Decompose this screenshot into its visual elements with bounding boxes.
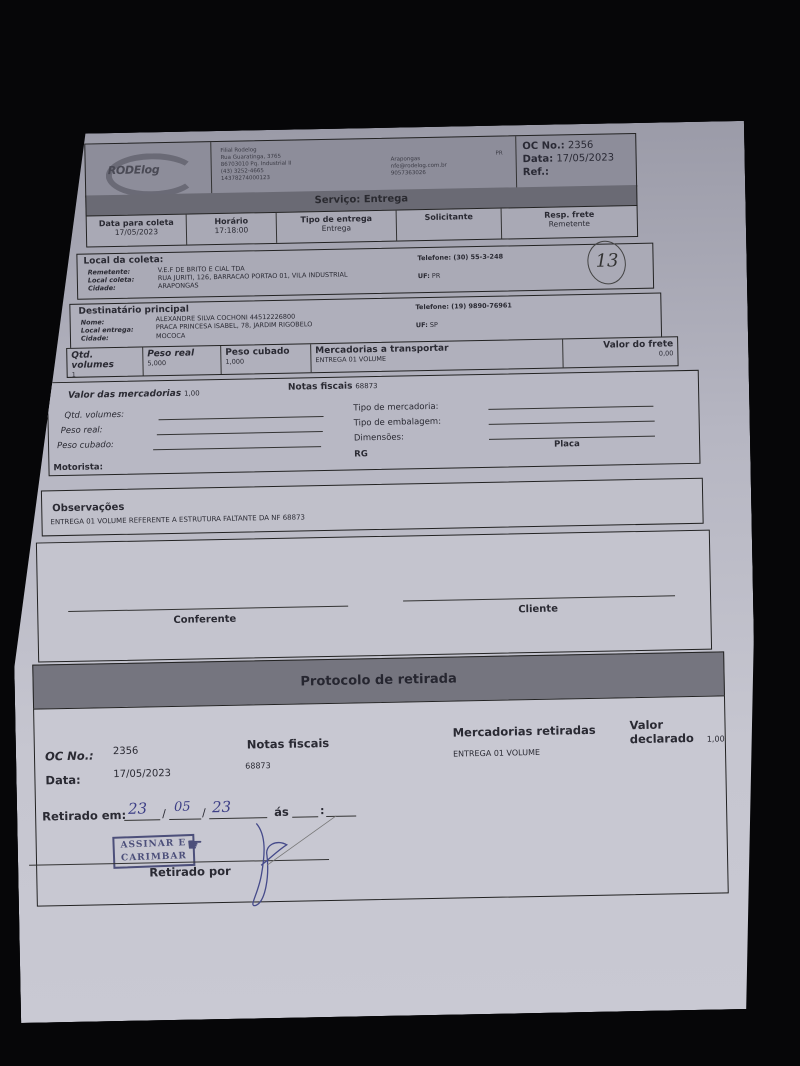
withdrawn-year-handwritten: 23: [212, 798, 231, 816]
pickup-uf-value: PR: [432, 272, 441, 280]
header-uf: PR: [495, 151, 502, 157]
company-logo: RODElog: [85, 142, 212, 196]
notes-section: Observações ENTREGA 01 VOLUME REFERENTE …: [41, 478, 704, 537]
service-cell-value: 17/05/2023: [87, 227, 186, 238]
pickup-city-label: Cidade:: [88, 284, 116, 293]
cargo-cell: Peso cubado 1,000: [221, 344, 312, 374]
withdrawn-goods-value: ENTREGA 01 VOLUME: [453, 748, 540, 759]
real-weight-label: Peso real:: [61, 425, 103, 436]
driver-label: Motorista:: [53, 462, 103, 473]
plate-label: Placa: [554, 439, 580, 449]
protocol-invoices-label: Notas fiscais: [247, 736, 330, 752]
goods-value-label: Valor das mercadorias: [68, 389, 181, 401]
service-cell: Horário 17:18:00: [187, 213, 278, 245]
invoices-value: 68873: [355, 382, 377, 390]
delivery-address-value: PRACA PRINCESA ISABEL, 78, JARDIM RIGOBE…: [156, 320, 313, 331]
shipping-document: RODElog Filial Rodelog Rua Guaratinga, 3…: [4, 121, 761, 1023]
company-address: Filial Rodelog Rua Guaratinga, 3765 8670…: [220, 147, 292, 183]
cargo-cell-value: 5,000: [147, 358, 216, 367]
service-cell-label: Solicitante: [397, 212, 501, 223]
cargo-cell-value: 0,00: [567, 349, 673, 359]
oc-label: OC No.:: [522, 140, 565, 152]
logo-text: RODElog: [108, 163, 160, 177]
notes-title: Observações: [52, 502, 124, 514]
pointing-hand-icon: ☛: [187, 834, 204, 855]
cargo-cell-value: 1,000: [225, 356, 306, 366]
signature-section: Conferente Cliente: [36, 530, 712, 663]
withdrawn-by-label: Retirado por: [149, 864, 231, 880]
recipient-phone-label: Telefone:: [415, 303, 449, 312]
protocol-invoices-value: 68873: [245, 761, 271, 770]
service-cell: Resp. frete Remetente: [502, 206, 638, 239]
pickup-protocol-section: OC No.: 2356 Data: 17/05/2023 Notas fisc…: [33, 695, 729, 906]
pickup-uf-label: UF:: [418, 272, 430, 280]
service-cell: Data para coleta 17/05/2023: [87, 215, 188, 247]
pickup-phone-value: (30) 55-3-248: [453, 253, 503, 262]
withdrawn-goods-label: Mercadorias retiradas: [452, 723, 595, 740]
recipient-uf-value: SP: [430, 321, 438, 329]
declared-value: 1,00: [707, 734, 725, 743]
pickup-title: Local da coleta:: [83, 255, 163, 267]
company-contact: Arapongas nfe@rodelog.com.br 9057363026: [391, 156, 447, 178]
inspector-label: Conferente: [173, 614, 236, 626]
packaging-type-label: Tipo de embalagem:: [354, 417, 442, 429]
service-cell-value: Remetente: [502, 218, 637, 230]
cargo-cell: Peso real 5,000: [143, 346, 222, 375]
qty-volumes-field[interactable]: [159, 416, 324, 420]
qty-volumes-label: Qtd. volumes:: [64, 410, 124, 421]
protocol-oc-label: OC No.:: [45, 748, 94, 763]
oc-box: OC No.: 2356 Data: 17/05/2023 Ref.:: [515, 134, 636, 188]
delivery-city-value: MOCOCA: [156, 332, 186, 341]
cargo-cell: Valor do frete 0,00: [563, 337, 678, 367]
client-signature-line[interactable]: [403, 595, 675, 601]
handwritten-signature: [236, 814, 348, 916]
withdrawn-on-label: Retirado em:: [42, 808, 126, 824]
goods-value: 1,00: [184, 389, 200, 397]
inspector-signature-line[interactable]: [68, 606, 348, 612]
pickup-section: Local da coleta: Remetente: V.E.F DE BRI…: [76, 243, 654, 300]
cargo-cell: Qtd. volumes 1: [67, 347, 144, 376]
service-cell: Solicitante: [397, 209, 503, 241]
cargo-cell-label: Valor do frete: [567, 339, 673, 351]
cubed-weight-label: Peso cubado:: [57, 440, 114, 451]
service-cell: Tipo de entrega Entrega: [277, 211, 398, 243]
cargo-cell: Mercadorias a transportar ENTREGA 01 VOL…: [311, 339, 563, 372]
withdrawn-day-handwritten: 23: [128, 799, 147, 817]
oc-value: 2356: [568, 140, 594, 151]
protocol-date-value: 17/05/2023: [113, 768, 171, 780]
cargo-cell-label: Qtd. volumes: [71, 350, 138, 371]
dimensions-label: Dimensões:: [354, 432, 404, 443]
pickup-city-value: ARAPONGAS: [158, 281, 199, 290]
invoices-label: Notas fiscais: [288, 381, 353, 392]
handwritten-mark: 13: [595, 250, 618, 271]
goods-value-section: Valor das mercadorias 1,00 Notas fiscais…: [47, 370, 701, 476]
ref-label: Ref.:: [523, 167, 549, 178]
packaging-type-field[interactable]: [489, 421, 655, 425]
client-label: Cliente: [518, 604, 558, 616]
goods-type-label: Tipo de mercadoria:: [353, 402, 438, 414]
protocol-date-label: Data:: [45, 773, 80, 788]
date-label: Data:: [523, 154, 554, 166]
service-cell-value: 17:18:00: [187, 225, 276, 236]
delivery-city-label: Cidade:: [81, 334, 109, 343]
cubed-weight-field[interactable]: [153, 446, 321, 450]
cargo-cell-value: 1: [72, 370, 139, 379]
withdrawn-month-handwritten: 05: [174, 800, 191, 815]
rg-label: RG: [354, 449, 368, 459]
date-value: 17/05/2023: [556, 152, 614, 164]
address-line: 14378274000123: [221, 175, 292, 183]
notes-text: ENTREGA 01 VOLUME REFERENTE A ESTRUTURA …: [50, 513, 305, 526]
withdrawn-month-field[interactable]: [169, 818, 201, 820]
withdrawn-day-field[interactable]: [124, 819, 160, 821]
service-cell-value: Entrega: [277, 223, 396, 234]
real-weight-field[interactable]: [157, 431, 323, 435]
recipient-uf-label: UF:: [416, 321, 428, 329]
contact-line: 9057363026: [391, 170, 447, 178]
goods-type-field[interactable]: [488, 406, 653, 410]
protocol-oc-value: 2356: [113, 746, 139, 757]
recipient-phone-value: (19) 9890-76961: [451, 301, 512, 310]
pickup-phone-label: Telefone:: [417, 254, 451, 263]
